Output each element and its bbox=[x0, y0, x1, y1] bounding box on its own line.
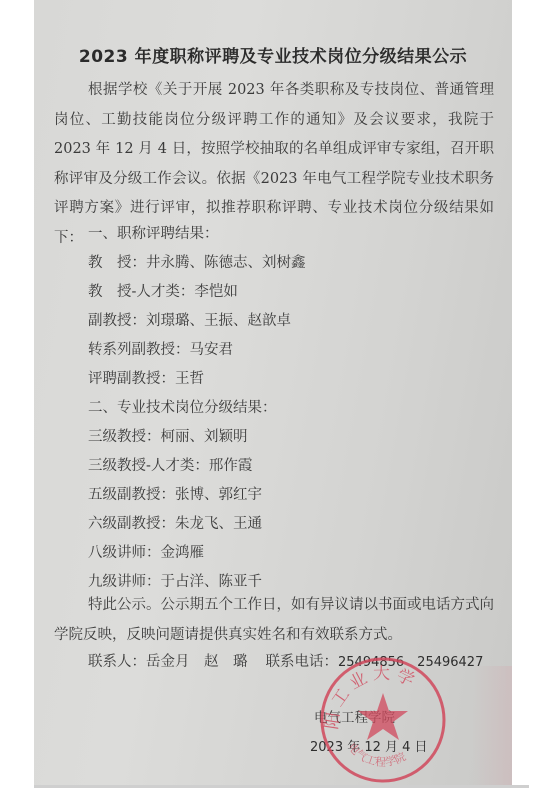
role-label: 副教授： bbox=[88, 313, 146, 329]
section1-item: 教 授：井永腾、陈德志、刘树鑫 bbox=[88, 251, 306, 272]
section2-item: 三级教授-人才类：邢作霞 bbox=[88, 454, 252, 475]
names: 马安君 bbox=[190, 342, 234, 358]
role-label: 六级副教授： bbox=[88, 516, 175, 532]
role-label: 五级副教授： bbox=[88, 487, 175, 503]
role-label: 转系列副教授： bbox=[88, 342, 190, 358]
contact-persons: 岳金月 赵 璐 bbox=[146, 654, 248, 670]
names: 李恺如 bbox=[194, 284, 238, 300]
section2-item: 五级副教授：张博、郭红宇 bbox=[88, 483, 262, 504]
contact-line: 联系人：岳金月 赵 璐联系电话：25494856 25496427 bbox=[88, 650, 483, 671]
names: 张博、郭红宇 bbox=[175, 487, 262, 503]
section2-item: 九级讲师：于占洋、陈亚千 bbox=[88, 570, 262, 591]
section1-heading: 一、职称评聘结果： bbox=[88, 222, 219, 243]
names: 井永腾、陈德志、刘树鑫 bbox=[146, 255, 306, 271]
section1-item: 教 授-人才类：李恺如 bbox=[88, 280, 238, 301]
contact-label: 联系人： bbox=[88, 654, 146, 670]
role-label: 教 授： bbox=[88, 255, 146, 271]
role-label: 九级讲师： bbox=[88, 574, 161, 590]
document-photo: 2023 年度职称评聘及专业技术岗位分级结果公示 根据学校《关于开展 2023 … bbox=[34, 0, 512, 786]
section2-item: 三级教授：柯丽、刘颖明 bbox=[88, 425, 248, 446]
document-title: 2023 年度职称评聘及专业技术岗位分级结果公示 bbox=[34, 42, 512, 67]
role-label: 三级教授： bbox=[88, 429, 161, 445]
section1-item: 副教授：刘璟璐、王振、赵歆卓 bbox=[88, 309, 291, 330]
names: 刘璟璐、王振、赵歆卓 bbox=[146, 313, 291, 329]
phone-label: 联系电话： bbox=[266, 654, 339, 670]
names: 金鸿雁 bbox=[161, 545, 205, 561]
section1-item: 评聘副教授：王哲 bbox=[88, 367, 204, 388]
role-label: 八级讲师： bbox=[88, 545, 161, 561]
phone-numbers: 25494856 25496427 bbox=[338, 655, 483, 670]
names: 柯丽、刘颖明 bbox=[161, 429, 248, 445]
signature-college: 电气工程学院 bbox=[314, 706, 395, 726]
names: 于占洋、陈亚千 bbox=[161, 574, 263, 590]
notice-paragraph: 特此公示。公示期五个工作日，如有异议请以书面或电话方式向学院反映，反映问题请提供… bbox=[54, 591, 494, 650]
names: 朱龙飞、王通 bbox=[175, 516, 262, 532]
role-label: 评聘副教授： bbox=[88, 371, 175, 387]
bottom-edge-line bbox=[34, 785, 529, 788]
role-label: 三级教授-人才类： bbox=[88, 458, 209, 474]
section2-item: 八级讲师：金鸿雁 bbox=[88, 541, 204, 562]
signature-date: 2023 年 12 月 4 日 bbox=[310, 736, 428, 755]
names: 邢作霞 bbox=[209, 458, 253, 474]
section1-item: 转系列副教授：马安君 bbox=[88, 338, 233, 359]
role-label: 教 授-人才类： bbox=[88, 284, 194, 300]
names: 王哲 bbox=[175, 371, 204, 387]
section2-item: 六级副教授：朱龙飞、王通 bbox=[88, 512, 262, 533]
section2-heading: 二、专业技术岗位分级结果： bbox=[88, 396, 277, 417]
